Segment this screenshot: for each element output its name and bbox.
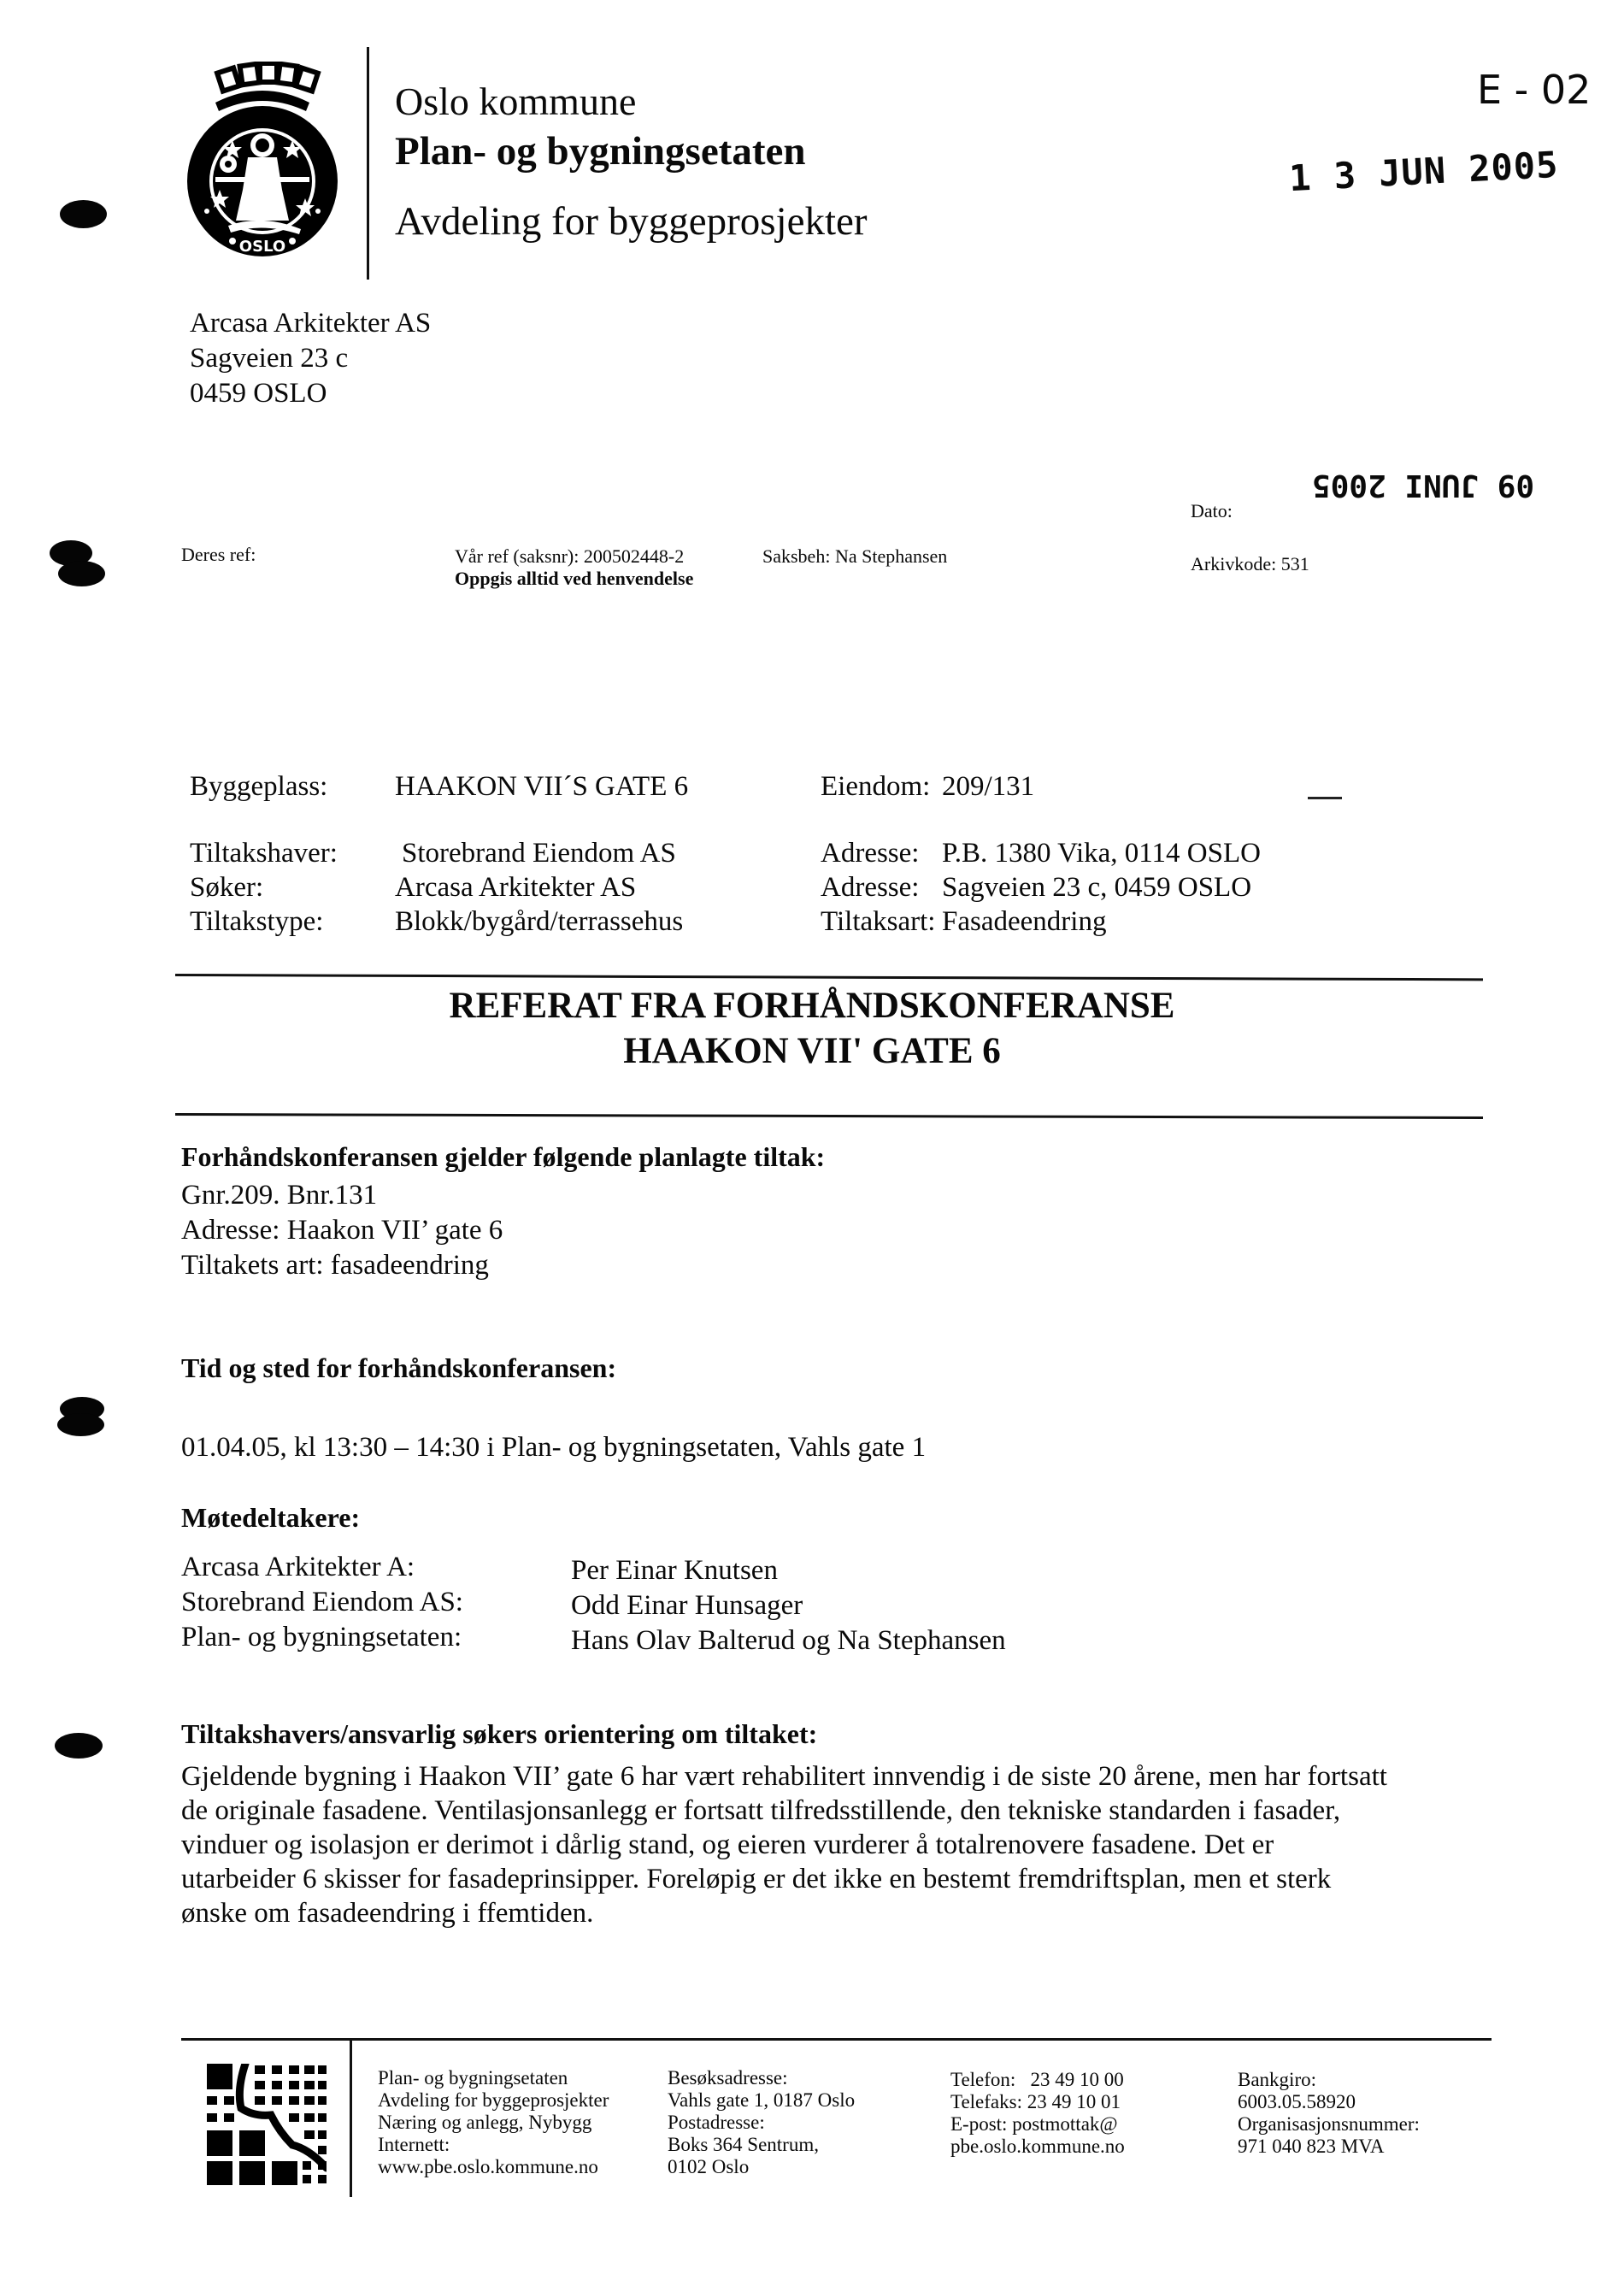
time-place-text: 01.04.05, kl 13:30 – 14:30 i Plan- og by… — [181, 1432, 926, 1464]
paragraph-line: de originale fasadene. Ventilasjonsanleg… — [181, 1795, 1340, 1827]
field-label: Adresse: — [821, 872, 919, 904]
field-label: Eiendom: — [821, 771, 930, 803]
participant-org: Arcasa Arkitekter A: — [181, 1552, 415, 1583]
footer-line: Bankgiro: — [1238, 2069, 1420, 2091]
footer-rule — [181, 2038, 1492, 2041]
recipient-line: 0459 OSLO — [190, 378, 327, 409]
section-heading: Tid og sted for forhåndskonferansen: — [181, 1352, 616, 1384]
footer-line: Telefaks: 23 49 10 01 — [950, 2091, 1125, 2113]
footer-line: Internett: — [378, 2134, 609, 2156]
field-value: Storebrand Eiendom AS — [402, 838, 676, 869]
municipality-name: Oslo kommune — [395, 79, 636, 124]
department-name: Avdeling for byggeprosjekter — [395, 198, 868, 244]
footer-agency-col: Plan- og bygningsetatenAvdeling for bygg… — [378, 2067, 609, 2178]
footer-line: 0102 Oslo — [668, 2156, 855, 2178]
deres-ref-label: Deres ref: — [181, 544, 256, 566]
field-value: HAAKON VII´S GATE 6 — [395, 771, 688, 803]
footer-line: Avdeling for byggeprosjekter — [378, 2089, 609, 2112]
svg-text:OSLO: OSLO — [239, 238, 285, 256]
section-heading: Tiltakshavers/ansvarlig søkers orienteri… — [181, 1718, 817, 1750]
case-handler: Saksbeh: Na Stephansen — [762, 545, 947, 568]
footer-line: Vahls gate 1, 0187 Oslo — [668, 2089, 855, 2112]
field-value: Arcasa Arkitekter AS — [395, 872, 636, 904]
agency-name: Plan- og bygningsetaten — [395, 128, 806, 174]
archive-code: Arkivkode: 531 — [1191, 553, 1309, 575]
binder-hole — [58, 561, 105, 586]
participant-names: Per Einar Knutsen — [571, 1555, 778, 1587]
field-value: P.B. 1380 Vika, 0114 OSLO — [942, 838, 1261, 869]
section-heading: Forhåndskonferansen gjelder følgende pla… — [181, 1141, 825, 1173]
recipient-line: Arcasa Arkitekter AS — [190, 308, 431, 339]
dato-stamp-upside-down: 09 JUNI 2005 — [1312, 468, 1534, 503]
footer-line: Telefon: 23 49 10 00 — [950, 2069, 1125, 2091]
field-label: Byggeplass: — [190, 771, 327, 803]
paragraph-line: ønske om fasadeendring i ffemtiden. — [181, 1898, 593, 1929]
footer-line: Postadresse: — [668, 2112, 855, 2134]
binder-hole — [60, 200, 107, 228]
binder-hole — [57, 1413, 104, 1436]
footer-line: 6003.05.58920 — [1238, 2091, 1420, 2113]
participant-names: Odd Einar Hunsager — [571, 1590, 803, 1622]
document-code: E - 02 — [1477, 67, 1591, 113]
field-value: Blokk/bygård/terrassehus — [395, 906, 683, 938]
paragraph-line: Gjeldende bygning i Haakon VII’ gate 6 h… — [181, 1761, 1387, 1793]
pen-mark — [1308, 797, 1342, 799]
var-ref: Vår ref (saksnr): 200502448-2 — [455, 545, 684, 568]
recipient-line: Sagveien 23 c — [190, 343, 348, 374]
footer-address-col: Besøksadresse:Vahls gate 1, 0187 OsloPos… — [668, 2067, 855, 2178]
field-label: Adresse: — [821, 838, 919, 869]
footer-line: Næring og anlegg, Nybygg — [378, 2112, 609, 2134]
footer-line: E-post: postmottak@ — [950, 2113, 1125, 2136]
field-label: Søker: — [190, 872, 263, 904]
received-date-stamp: 1 3 JUN 2005 — [1288, 144, 1560, 199]
footer-line: 971 040 823 MVA — [1238, 2136, 1420, 2158]
planned-line: Gnr.209. Bnr.131 — [181, 1180, 377, 1211]
section-heading: Møtedeltakere: — [181, 1502, 360, 1534]
participant-names: Hans Olav Balterud og Na Stephansen — [571, 1625, 1006, 1657]
title-top-rule — [175, 974, 1483, 981]
participant-org: Plan- og bygningsetaten: — [181, 1622, 462, 1653]
field-label: Tiltaksart: — [821, 906, 935, 938]
paragraph-line: vinduer og isolasjon er derimot i dårlig… — [181, 1829, 1274, 1861]
field-label: Tiltakshaver: — [190, 838, 338, 869]
field-value: Sagveien 23 c, 0459 OSLO — [942, 872, 1251, 904]
footer-line: Boks 364 Sentrum, — [668, 2134, 855, 2156]
footer-line: www.pbe.oslo.kommune.no — [378, 2156, 609, 2178]
var-ref-note: Oppgis alltid ved henvendelse — [455, 568, 693, 590]
paragraph-line: utarbeider 6 skisser for fasadeprinsippe… — [181, 1864, 1331, 1895]
dato-label: Dato: — [1191, 500, 1233, 522]
binder-hole — [55, 1733, 103, 1759]
field-value: Fasadeendring — [942, 906, 1106, 938]
planned-line: Tiltakets art: fasadeendring — [181, 1250, 489, 1281]
footer-contact-col: Telefon: 23 49 10 00Telefaks: 23 49 10 0… — [950, 2069, 1125, 2158]
footer-divider — [350, 2039, 352, 2197]
document-title: REFERAT FRA FORHÅNDSKONFERANSE — [0, 985, 1624, 1027]
footer-line: Plan- og bygningsetaten — [378, 2067, 609, 2089]
document-subtitle: HAAKON VII' GATE 6 — [0, 1030, 1624, 1072]
footer-bank-col: Bankgiro:6003.05.58920Organisasjonsnumme… — [1238, 2069, 1420, 2158]
footer-line: Organisasjonsnummer: — [1238, 2113, 1420, 2136]
participant-org: Storebrand Eiendom AS: — [181, 1587, 463, 1618]
planned-line: Adresse: Haakon VII’ gate 6 — [181, 1215, 503, 1246]
field-value: 209/131 — [942, 771, 1034, 803]
footer-line: pbe.oslo.kommune.no — [950, 2136, 1125, 2158]
title-bottom-rule — [175, 1113, 1483, 1119]
footer-line: Besøksadresse: — [668, 2067, 855, 2089]
pbe-grid-river-logo-icon — [207, 2064, 327, 2185]
field-label: Tiltakstype: — [190, 906, 323, 938]
oslo-coat-of-arms-icon: OSLO — [181, 62, 344, 263]
letterhead-divider — [367, 47, 369, 280]
